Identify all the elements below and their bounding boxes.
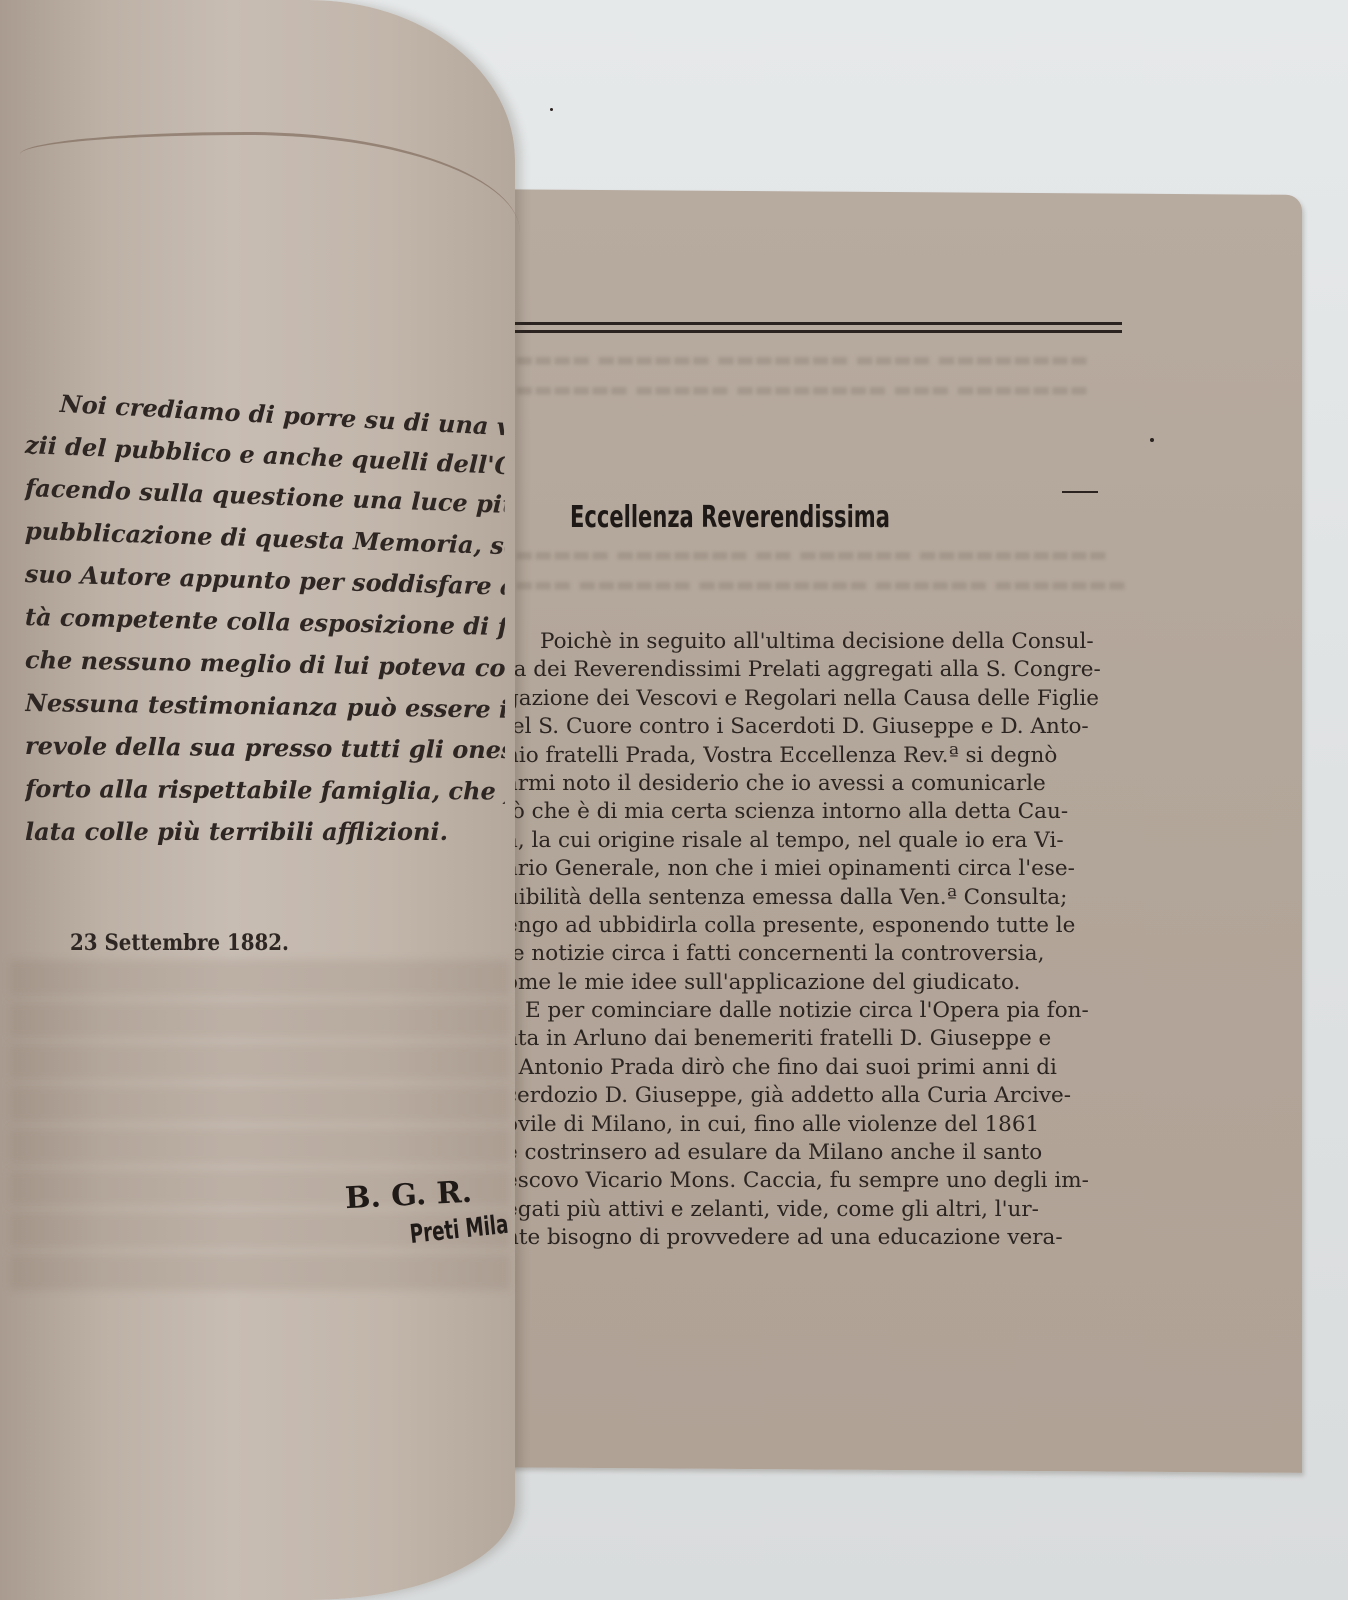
left-page-italic-paragraph: Noi crediamo di porre su di una via più … — [25, 380, 505, 853]
body-line: uibilità della sentenza emessa dalla Ven… — [505, 884, 1115, 912]
body-line: a, la cui origine risale al tempo, nel q… — [505, 827, 1115, 855]
bleed-through-text: ▬▬▬ ▬▬▬▬▬▬ ▬▬▬▬▬▬▬▬▬ ▬▬▬▬▬▬ ▬▬▬▬▬▬▬ — [515, 570, 1126, 598]
body-line: nio fratelli Prada, Vostra Eccellenza Re… — [505, 742, 1115, 770]
right-page-body: Poichè in seguito all'ultima decisione d… — [505, 628, 1115, 1253]
body-line: Poichè in seguito all'ultima decisione d… — [505, 628, 1115, 656]
body-line: gazione dei Vescovi e Regolari nella Cau… — [505, 685, 1115, 713]
body-line: armi noto il desiderio che io avessi a c… — [505, 770, 1115, 798]
dust-speck — [550, 108, 553, 111]
body-line: . Antonio Prada dirò che fino dai suoi p… — [505, 1054, 1115, 1082]
date-line: 23 Settembre 1882. — [70, 930, 289, 956]
body-line: iò che è di mia certa scienza intorno al… — [505, 798, 1115, 826]
body-line: ovile di Milano, in cui, fino alle viole… — [505, 1111, 1115, 1139]
body-line: ta dei Reverendissimi Prelati aggregati … — [505, 656, 1115, 684]
bleed-through-text: ▬▬▬▬▬ ▬▬▬▬▬▬▬ ▬▬ ▬▬▬▬▬▬ ▬▬▬▬▬▬▬▬▬▬ — [515, 540, 1107, 568]
body-line: ario Generale, non che i miei opinamenti… — [505, 855, 1115, 883]
body-line: cerdozio D. Giuseppe, già addetto alla C… — [505, 1082, 1115, 1110]
italic-line: lata colle più terribili afflizioni. — [25, 810, 505, 853]
ink-mark — [1062, 491, 1098, 493]
body-line: ie notizie circa i fatti concernenti la … — [505, 940, 1115, 968]
page-heading: Eccellenza Reverendissima — [570, 500, 890, 535]
body-line: engo ad ubbidirla colla presente, espone… — [505, 912, 1115, 940]
body-line: escovo Vicario Mons. Caccia, fu sempre u… — [505, 1167, 1115, 1195]
bleed-through-text: ▬▬▬▬ ▬▬▬▬▬▬ ▬▬▬▬▬▬▬ ▬▬▬▬ ▬▬▬▬▬▬▬▬ — [515, 345, 1088, 373]
body-line: lel S. Cuore contro i Sacerdoti D. Giuse… — [505, 713, 1115, 741]
italic-line: revole della sua presso tutti gli onesti… — [25, 724, 505, 771]
double-rule-bottom — [510, 330, 1122, 333]
italic-line: Nessuna testimonianza può essere in ques… — [25, 681, 506, 731]
body-line: ome le mie idee sull'applicazione del gi… — [505, 969, 1115, 997]
body-line: ata in Arluno dai benemeriti fratelli D.… — [505, 1025, 1115, 1053]
body-line: nte bisogno di provvedere ad una educazi… — [505, 1224, 1115, 1252]
body-line: E per cominciare dalle notizie circa l'O… — [505, 997, 1115, 1025]
bleed-through-text: ▬▬▬▬▬▬ ▬▬▬▬▬ ▬▬▬▬▬▬▬▬ ▬▬▬ ▬▬▬▬▬▬▬ — [515, 375, 1088, 403]
signature-initials: B. G. R. — [344, 1175, 473, 1217]
double-rule-top — [510, 322, 1122, 325]
italic-line: forto alla rispettabile famiglia, che fu… — [25, 767, 505, 813]
body-line: egati più attivi e zelanti, vide, come g… — [505, 1196, 1115, 1224]
ink-speck — [1150, 438, 1154, 442]
body-line: e costrinsero ad esulare da Milano anche… — [505, 1139, 1115, 1167]
